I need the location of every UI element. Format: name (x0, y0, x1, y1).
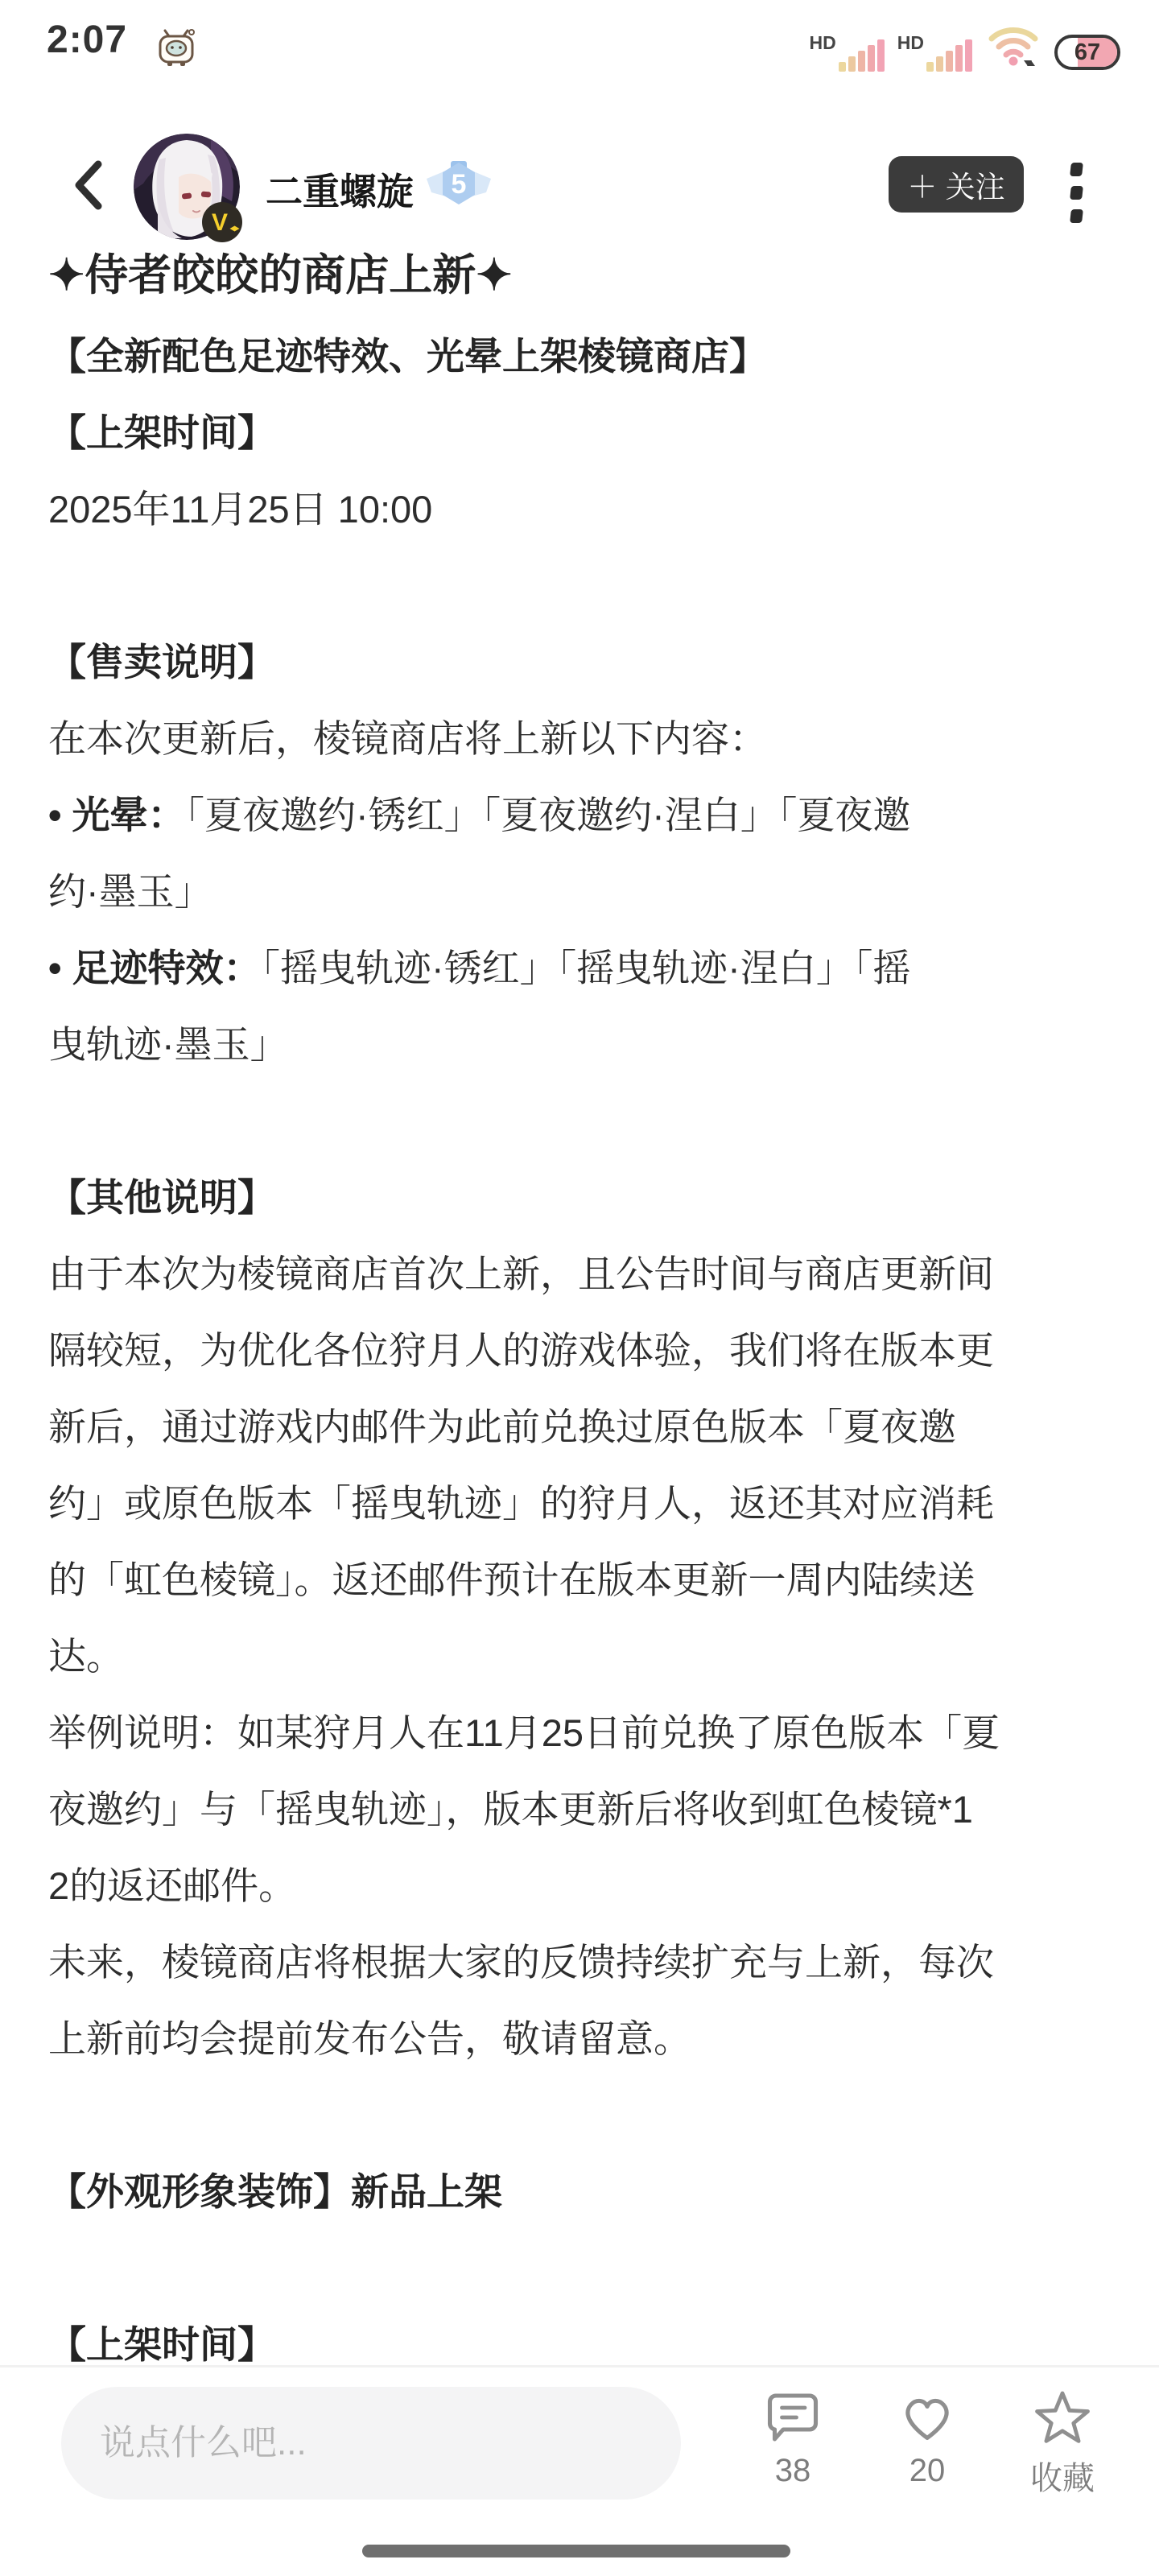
user-avatar[interactable]: V (134, 134, 240, 240)
heart-icon (898, 2388, 956, 2446)
level-number: 5 (452, 169, 467, 200)
level-badge: 5 (419, 156, 499, 214)
post-line: 约·墨玉」 (48, 853, 1119, 930)
battery-percent: 67 (1058, 38, 1117, 67)
post-content: ✦侍者皎皎的商店上新✦【全新配色足迹特效、光晕上架棱镜商店】【上架时间】2025… (48, 233, 1119, 2383)
post-line: 【售卖说明】 (48, 624, 1119, 700)
post-line (48, 2077, 1119, 2153)
post-line: 由于本次为棱镜商店首次上新，且公告时间与商店更新间 (48, 1236, 1119, 1312)
like-button[interactable]: 20 (867, 2388, 988, 2489)
post-line: 曳轨迹·墨玉」 (48, 1006, 1119, 1083)
status-icons: HD HD (810, 23, 1120, 72)
chevron-left-icon (68, 158, 108, 213)
cellular-signal-icon-2: HD (897, 32, 972, 72)
comment-input[interactable] (61, 2387, 681, 2500)
star-icon (1033, 2388, 1091, 2446)
post-line: 约」或原色版本「摇曳轨迹」的狩月人，返还其对应消耗 (48, 1465, 1119, 1542)
comment-count: 38 (775, 2453, 811, 2489)
more-menu-icon[interactable] (1067, 159, 1086, 226)
post-line: 达。 (48, 1618, 1119, 1695)
back-button[interactable] (68, 158, 108, 213)
svg-text:V: V (212, 209, 228, 236)
favorite-button[interactable]: 收藏 (1002, 2388, 1123, 2499)
comments-button[interactable]: 38 (732, 2388, 853, 2489)
post-line: 未来，棱镜商店将根据大家的反馈持续扩充与上新，每次 (48, 1924, 1119, 2000)
battery-icon: 67 (1054, 35, 1120, 70)
post-line (48, 547, 1119, 624)
post-line: 举例说明：如某狩月人在11月25日前兑换了原色版本「夏 (48, 1695, 1119, 1771)
post-line: 【全新配色足迹特效、光晕上架棱镜商店】 (48, 318, 1119, 394)
cellular-signal-icon-1: HD (810, 32, 885, 72)
post-line (48, 2230, 1119, 2306)
user-name[interactable]: 二重螺旋 (266, 163, 414, 216)
post-line (48, 1083, 1119, 1159)
tv-robot-app-icon (155, 26, 198, 73)
status-bar: 2:07 HD HD (0, 0, 1159, 74)
post-line: • 足迹特效：「摇曳轨迹·锈红」「摇曳轨迹·涅白」「摇 (48, 930, 1119, 1006)
post-line: 的「虹色棱镜」。返还邮件预计在版本更新一周内陆续送 (48, 1542, 1119, 1618)
post-line: 上新前均会提前发布公告，敬请留意。 (48, 2000, 1119, 2077)
post-line: 【其他说明】 (48, 1159, 1119, 1236)
post-line: 在本次更新后，棱镜商店将上新以下内容： (48, 700, 1119, 777)
comment-bubble-icon (764, 2388, 822, 2446)
follow-button[interactable]: ＋ 关注 (889, 156, 1024, 213)
post-line: 新后，通过游戏内邮件为此前兑换过原色版本「夏夜邀 (48, 1389, 1119, 1465)
post-line: • 光晕：「夏夜邀约·锈红」「夏夜邀约·涅白」「夏夜邀 (48, 777, 1119, 853)
favorite-label: 收藏 (1030, 2453, 1095, 2499)
post-line: 【外观形象装饰】新品上架 (48, 2153, 1119, 2230)
wifi-icon (985, 23, 1041, 72)
post-header: V 二重螺旋 5 ＋ 关注 (0, 113, 1159, 250)
bottom-action-bar: 38 20 收藏 (0, 2365, 1159, 2576)
post-line: 2的返还邮件。 (48, 1847, 1119, 1924)
post-line: 【上架时间】 (48, 394, 1119, 471)
like-count: 20 (909, 2453, 946, 2489)
post-line: 夜邀约」与「摇曳轨迹」，版本更新后将收到虹色棱镜*1 (48, 1771, 1119, 1847)
post-line: 2025年11月25日 10:00 (48, 471, 1119, 547)
home-indicator[interactable] (362, 2545, 790, 2557)
clock: 2:07 (47, 18, 127, 62)
post-line: ✦侍者皎皎的商店上新✦ (48, 233, 1119, 318)
post-line: 隔较短，为优化各位狩月人的游戏体验，我们将在版本更 (48, 1312, 1119, 1389)
